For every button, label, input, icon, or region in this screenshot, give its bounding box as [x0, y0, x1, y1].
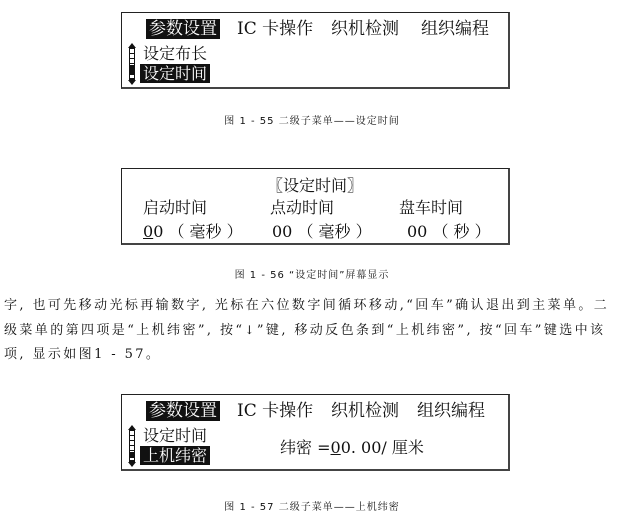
scroll-thumb	[129, 452, 135, 458]
scroll-down-icon	[128, 462, 136, 467]
menu-tab-params[interactable]: 参数设置	[146, 401, 220, 421]
menu-tab-weave-program[interactable]: 组织编程	[417, 401, 485, 421]
paragraph-line-2: 级菜单的第四项是“上机纬密”, 按“↓”键, 移动反色条到“上机纬密”, 按“回…	[4, 318, 620, 343]
scroll-track	[129, 48, 135, 80]
menu-tab-loom-check[interactable]: 织机检测	[331, 401, 399, 421]
lcd-screen-fig56: 〖设定时间〗 启动时间 点动时间 盘车时间 00 （ 毫秒 ） 00 （ 毫秒 …	[121, 168, 510, 245]
submenu-item-weft-density[interactable]: 上机纬密	[140, 446, 210, 465]
menu-tab-weave-program[interactable]: 组织编程	[421, 19, 489, 39]
hand-wheel-time-value[interactable]: 00 （ 秒 ）	[407, 219, 491, 242]
menu-tab-ic-card[interactable]: IC 卡操作	[237, 19, 313, 39]
scroll-thumb	[129, 65, 135, 75]
submenu-item-set-time[interactable]: 设定时间	[143, 426, 207, 445]
cursor-digit: 0	[331, 438, 341, 457]
hand-wheel-time-label: 盘车时间	[399, 195, 463, 218]
cursor-digit: 0	[143, 222, 153, 241]
caption-fig55: 图 1 - 55 二级子菜单——设定时间	[0, 112, 624, 127]
caption-fig56: 图 1 - 56 “设定时间”屏幕显示	[0, 266, 624, 281]
body-paragraph: 字, 也可先移动光标再输数字, 光标在六位数字间循环移动,“回车”确认退出到主菜…	[4, 294, 620, 367]
screen-title: 〖设定时间〗	[122, 173, 508, 196]
jog-time-label: 点动时间	[270, 195, 334, 218]
submenu-item-set-time[interactable]: 设定时间	[140, 64, 210, 83]
start-time-value[interactable]: 00 （ 毫秒 ）	[143, 219, 243, 242]
start-time-label: 启动时间	[143, 195, 207, 218]
weft-density-field[interactable]: 纬密 =00. 00/ 厘米	[280, 435, 424, 458]
scroll-down-icon	[128, 80, 136, 85]
lcd-screen-fig55: 参数设置 IC 卡操作 织机检测 组织编程 设定布长 设定时间	[121, 12, 510, 89]
lcd-screen-fig57: 参数设置 IC 卡操作 织机检测 组织编程 设定时间 上机纬密 纬密 =00. …	[121, 394, 510, 471]
menu-tab-params[interactable]: 参数设置	[146, 19, 220, 39]
menu-tab-loom-check[interactable]: 织机检测	[331, 19, 399, 39]
scrollbar[interactable]	[128, 425, 136, 467]
scrollbar[interactable]	[128, 43, 136, 85]
caption-fig57: 图 1 - 57 二级子菜单——上机纬密	[0, 498, 624, 513]
submenu-item-set-length[interactable]: 设定布长	[143, 44, 207, 63]
jog-time-value[interactable]: 00 （ 毫秒 ）	[272, 219, 372, 242]
paragraph-line-3: 项, 显示如图1 - 57。	[4, 343, 620, 367]
menu-tab-ic-card[interactable]: IC 卡操作	[237, 401, 313, 421]
down-arrow-icon: ↓	[244, 318, 256, 342]
paragraph-line-1: 字, 也可先移动光标再输数字, 光标在六位数字间循环移动,“回车”确认退出到主菜…	[4, 294, 620, 318]
